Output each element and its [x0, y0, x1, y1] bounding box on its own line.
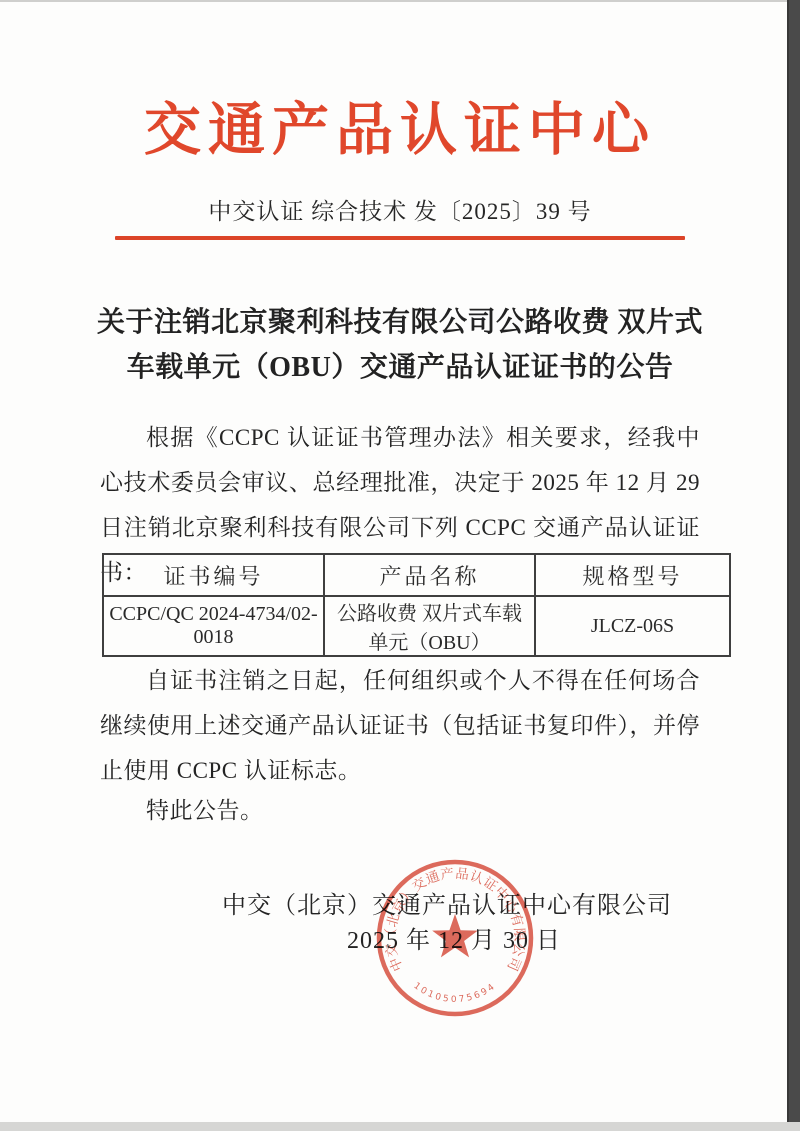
- table-header-product-name: 产品名称: [324, 554, 535, 596]
- scan-edge-bottom: [0, 1122, 800, 1131]
- seal-star-icon: [432, 914, 478, 957]
- masthead-title: 交通产品认证中心: [0, 95, 800, 167]
- table-row: CCPC/QC 2024-4734/02-0018 公路收费 双片式车载单元（O…: [103, 596, 730, 656]
- closing-phrase: 特此公告。: [100, 788, 700, 833]
- scanned-document-page: 交通产品认证中心 中交认证 综合技术 发〔2025〕39 号 关于注销北京聚利科…: [0, 0, 800, 1131]
- official-red-seal: 中交（北京）交通产品认证中心有限公司 1101050756945: [374, 857, 536, 1019]
- table-header-cert-number: 证书编号: [103, 554, 324, 596]
- cell-cert-number: CCPC/QC 2024-4734/02-0018: [103, 596, 324, 656]
- cell-model: JLCZ-06S: [535, 596, 730, 656]
- document-number: 中交认证 综合技术 发〔2025〕39 号: [0, 197, 800, 227]
- announcement-title: 关于注销北京聚利科技有限公司公路收费 双片式 车载单元（OBU）交通产品认证证书…: [60, 300, 740, 390]
- table-header-model: 规格型号: [535, 554, 730, 596]
- scan-edge-top: [0, 0, 800, 2]
- announcement-title-line2: 车载单元（OBU）交通产品认证证书的公告: [127, 352, 674, 383]
- red-divider-rule: [115, 236, 685, 240]
- cell-product-name: 公路收费 双片式车载单元（OBU）: [324, 596, 535, 656]
- body-paragraph-2: 自证书注销之日起，任何组织或个人不得在任何场合继续使用上述交通产品认证证书（包括…: [100, 658, 700, 793]
- announcement-title-line1: 关于注销北京聚利科技有限公司公路收费 双片式: [97, 307, 703, 338]
- scan-edge-right: [787, 0, 800, 1131]
- table-header-row: 证书编号 产品名称 规格型号: [103, 554, 730, 596]
- certificate-table: 证书编号 产品名称 规格型号 CCPC/QC 2024-4734/02-0018…: [102, 553, 731, 657]
